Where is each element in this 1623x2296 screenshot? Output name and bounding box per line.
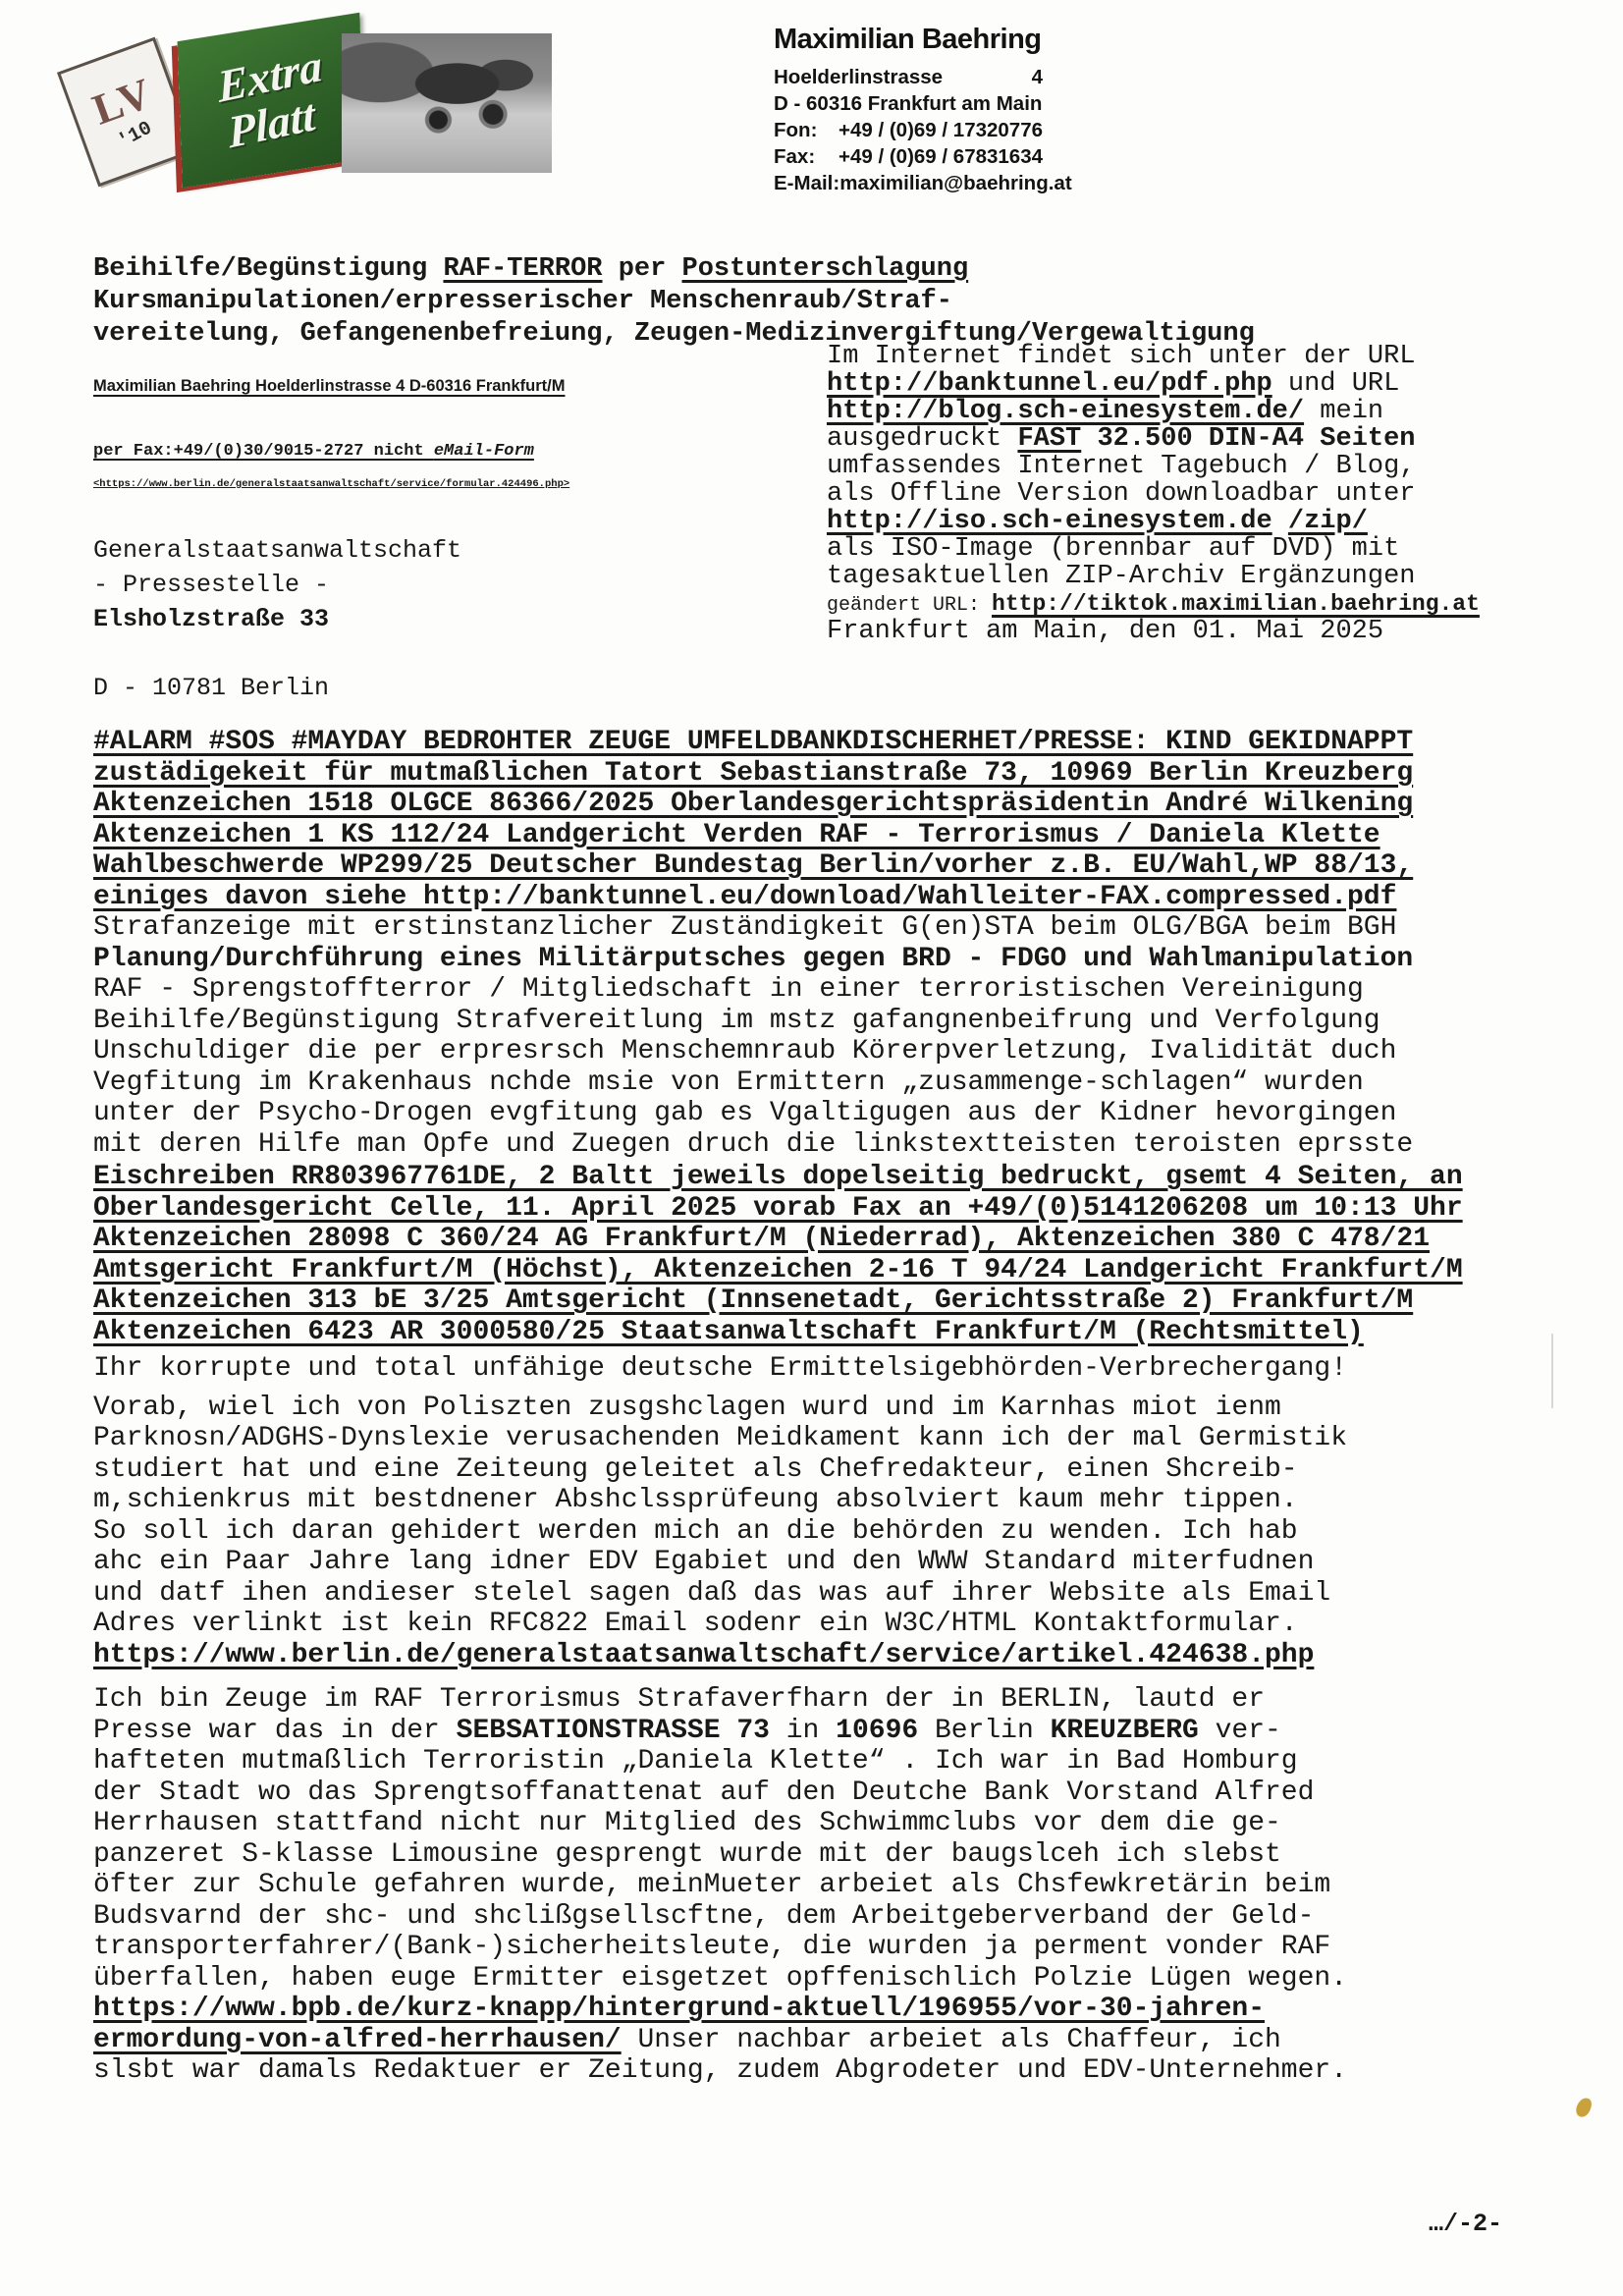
scanned-letter-page: LV '10 Extra Platt Maximilian Baehring H… <box>0 0 1623 2296</box>
text-line: tagesaktuellen ZIP-Archiv Ergänzungen <box>827 563 1534 590</box>
text-line: Elsholzstraße 33 <box>93 602 461 636</box>
text-line: als ISO-Image (brennbar auf DVD) mit <box>827 535 1534 563</box>
letterhead-fax-row: Fax: +49 / (0)69 / 67831634 <box>774 143 1043 170</box>
extra-platt-banner: Extra Platt <box>178 13 365 188</box>
text-line: Frankfurt am Main, den 01. Mai 2025 <box>827 618 1534 645</box>
text-line: unter der Psycho-Drogen evgfitung gab es… <box>93 1098 1556 1129</box>
text-line: Im Internet findet sich unter der URL <box>827 343 1534 370</box>
text-line: Aktenzeichen 1518 OLGCE 86366/2025 Oberl… <box>93 789 1556 820</box>
text-line: ahc ein Paar Jahre lang idner EDV Egabie… <box>93 1547 1556 1578</box>
fax-instruction-line: per Fax:+49/(0)30/9015-2727 nicht eMail-… <box>93 441 534 463</box>
fon-number: +49 / (0)69 / 17320776 <box>839 117 1043 143</box>
letterhead-email-row: E-Mail: maximilian@baehring.at <box>774 170 1043 196</box>
text-line: http://blog.sch-einesystem.de/ mein <box>827 398 1534 425</box>
text-line: ausgedruckt FAST 32.500 DIN-A4 Seiten <box>827 425 1534 453</box>
letterhead-street-row: Hoelderlinstrasse 4 <box>774 64 1043 90</box>
text-line: überfallen, haben euge Ermitter eisgetze… <box>93 1963 1556 1995</box>
letterhead-city: D - 60316 Frankfurt am Main <box>774 90 1042 117</box>
fon-label: Fon: <box>774 117 817 143</box>
text-line: öfter zur Schule gefahren wurde, meinMue… <box>93 1870 1556 1901</box>
text-line: einiges davon siehe http://banktunnel.eu… <box>93 882 1556 913</box>
text-line: https://www.bpb.de/kurz-knapp/hintergrun… <box>93 1994 1556 2025</box>
letterhead-city-row: D - 60316 Frankfurt am Main <box>774 90 1043 117</box>
text-line: So soll ich daran gehidert werden mich a… <box>93 1516 1556 1548</box>
text-line: Adres verlinkt ist kein RFC822 Email sod… <box>93 1609 1556 1640</box>
yellow-speck <box>1574 2096 1593 2118</box>
text-line: Wahlbeschwerde WP299/25 Deutscher Bundes… <box>93 850 1556 882</box>
letterhead-street-number: 4 <box>1032 64 1043 90</box>
text-line: hafteten mutmaßlich Terroristin „Daniela… <box>93 1746 1556 1777</box>
text-line: transporterfahrer/(Bank-)sicherheitsleut… <box>93 1932 1556 1963</box>
salutation-line: Ihr korrupte und total unfähige deutsche… <box>93 1353 1556 1385</box>
text-line: panzeret S-klasse Limousine gesprengt wu… <box>93 1839 1556 1871</box>
text-line: als Offline Version downloadbar unter <box>827 480 1534 508</box>
text-line: Budsvarnd der shc- und shclißgsellscftne… <box>93 1901 1556 1933</box>
text-line: ermordung-von-alfred-herrhausen/ Unser n… <box>93 2025 1556 2056</box>
text-line: Vorab, wiel ich von Poliszten zusgshclag… <box>93 1393 1556 1424</box>
text-line: Unschuldiger die per erpresrsch Menschem… <box>93 1036 1556 1067</box>
letterhead-street: Hoelderlinstrasse <box>774 64 943 90</box>
email-address: maximilian@baehring.at <box>839 170 1071 196</box>
text-line: Vegfitung im Krakenhaus nchde msie von E… <box>93 1067 1556 1099</box>
text-line: Generalstaatsanwaltschaft <box>93 533 461 568</box>
charges-block: Strafanzeige mit erstinstanzlicher Zustä… <box>93 912 1556 1160</box>
text-line: Presse war das in der SEBSATIONSTRASSE 7… <box>93 1716 1556 1747</box>
text-line: Aktenzeichen 313 bE 3/25 Amtsgericht (In… <box>93 1285 1556 1317</box>
scan-crease <box>1551 1334 1553 1408</box>
text-line: Beihilfe/Begünstigung RAF-TERROR per Pos… <box>93 253 1399 286</box>
letter-body: #ALARM #SOS #MAYDAY BEDROHTER ZEUGE UMFE… <box>93 727 1556 2087</box>
text-line: studiert hat und eine Zeiteung geleitet … <box>93 1454 1556 1486</box>
alarm-header-block: #ALARM #SOS #MAYDAY BEDROHTER ZEUGE UMFE… <box>93 727 1556 912</box>
text-line: mit deren Hilfe man Opfe und Zuegen druc… <box>93 1129 1556 1161</box>
text-line: Ihr korrupte und total unfähige deutsche… <box>93 1353 1556 1385</box>
text-line: umfassendes Internet Tagebuch / Blog, <box>827 453 1534 480</box>
newspaper-clipping-collage: LV '10 Extra Platt <box>69 26 560 179</box>
text-line: Parknosn/ADGHS-Dynslexie verusachenden M… <box>93 1423 1556 1454</box>
text-line: https://www.berlin.de/generalstaatsanwal… <box>93 1640 1556 1671</box>
text-line: RAF - Sprengstoffterror / Mitgliedschaft… <box>93 974 1556 1006</box>
text-line: Ich bin Zeuge im RAF Terrorismus Strafav… <box>93 1684 1556 1716</box>
text-line: - Pressestelle - <box>93 568 461 602</box>
page-footer-marker: …/-2- <box>1429 2210 1502 2238</box>
text-line: zustädigekeit für mutmaßlichen Tatort Se… <box>93 758 1556 790</box>
text-line: m,schienkrus mit bestdnener Abshclssprüf… <box>93 1485 1556 1516</box>
text-line: geändert URL: http://tiktok.maximilian.b… <box>827 590 1534 618</box>
registered-letter-block: Eischreiben RR803967761DE, 2 Baltt jewei… <box>93 1162 1556 1347</box>
text-line: http://banktunnel.eu/pdf.php und URL <box>827 370 1534 398</box>
text-line: Strafanzeige mit erstinstanzlicher Zustä… <box>93 912 1556 944</box>
text-line: per Fax:+49/(0)30/9015-2727 nicht eMail-… <box>93 441 534 463</box>
text-line <box>93 636 461 671</box>
text-line: Oberlandesgericht Celle, 11. April 2025 … <box>93 1193 1556 1225</box>
letterhead-fon-row: Fon: +49 / (0)69 / 17320776 <box>774 117 1043 143</box>
fax-number: +49 / (0)69 / 67831634 <box>839 143 1043 170</box>
text-line: Aktenzeichen 28098 C 360/24 AG Frankfurt… <box>93 1224 1556 1255</box>
text-line: Aktenzeichen 1 KS 112/24 Landgericht Ver… <box>93 820 1556 851</box>
text-line: slsbt war damals Redaktuer er Zeitung, z… <box>93 2055 1556 2087</box>
fax-label: Fax: <box>774 143 815 170</box>
recipient-address: Generalstaatsanwaltschaft- Pressestelle … <box>93 533 461 705</box>
car-wreck-photo <box>342 33 552 173</box>
contact-form-url: <https://www.berlin.de/generalstaatsanwa… <box>93 478 569 490</box>
text-line: Eischreiben RR803967761DE, 2 Baltt jewei… <box>93 1162 1556 1193</box>
letterhead: Maximilian Baehring Hoelderlinstrasse 4 … <box>774 24 1043 196</box>
letterhead-name: Maximilian Baehring <box>774 24 1043 56</box>
text-line: Amtsgericht Frankfurt/M (Höchst), Aktenz… <box>93 1255 1556 1286</box>
text-line: Beihilfe/Begünstigung Strafvereitlung im… <box>93 1006 1556 1037</box>
text-line: D - 10781 Berlin <box>93 671 461 705</box>
email-label: E-Mail: <box>774 170 839 196</box>
internet-note-column: Im Internet findet sich unter der URLhtt… <box>827 343 1534 645</box>
subject-block: Beihilfe/Begünstigung RAF-TERROR per Pos… <box>93 253 1399 351</box>
text-line: Kursmanipulationen/erpresserischer Mensc… <box>93 286 1399 318</box>
body-paragraph-2: Ich bin Zeuge im RAF Terrorismus Strafav… <box>93 1684 1556 2087</box>
press-stamp: LV '10 <box>57 37 196 188</box>
body-paragraph-1: Vorab, wiel ich von Poliszten zusgshclag… <box>93 1393 1556 1671</box>
text-line: und datf ihen andieser stelel sagen daß … <box>93 1578 1556 1610</box>
text-line: Aktenzeichen 6423 AR 3000580/25 Staatsan… <box>93 1317 1556 1348</box>
text-line: der Stadt wo das Sprengtsoffanattenat au… <box>93 1777 1556 1809</box>
text-line: Herrhausen stattfand nicht nur Mitglied … <box>93 1808 1556 1839</box>
text-line: #ALARM #SOS #MAYDAY BEDROHTER ZEUGE UMFE… <box>93 727 1556 758</box>
text-line: Planung/Durchführung eines Militärputsch… <box>93 944 1556 975</box>
sender-reference-line: Maximilian Baehring Hoelderlinstrasse 4 … <box>93 377 555 396</box>
text-line: http://iso.sch-einesystem.de /zip/ <box>827 508 1534 535</box>
